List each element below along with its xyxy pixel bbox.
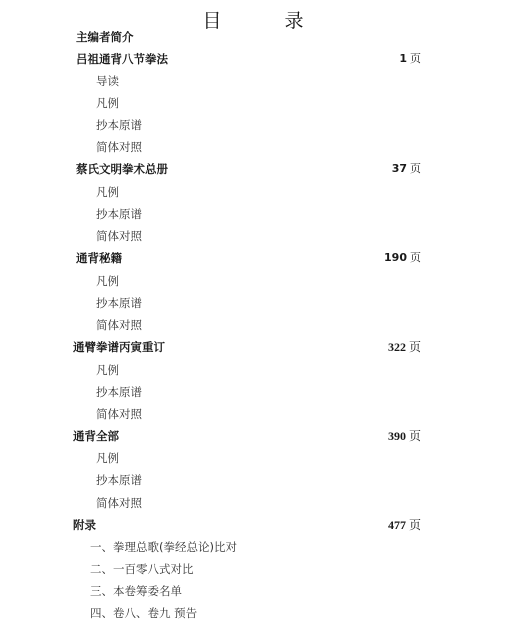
- toc-entry-label: 导读: [96, 71, 119, 91]
- toc-subitem[interactable]: 一、拳理总歌(拳经总论)比对: [0, 537, 506, 557]
- toc-entry-label: 通背全部: [73, 426, 119, 446]
- toc-entry-label: 吕祖通背八节拳法: [76, 49, 168, 69]
- toc-entry-label: 抄本原谱: [96, 115, 142, 135]
- toc-entry-label: 通背秘籍: [76, 248, 122, 268]
- toc-entry-label: 简体对照: [96, 315, 142, 335]
- toc-entry-label: 简体对照: [96, 137, 142, 157]
- toc-subitem[interactable]: 凡例: [0, 271, 506, 291]
- toc-entry-label: 二、一百零八式对比: [90, 559, 194, 579]
- toc-section[interactable]: 附录477页: [0, 515, 506, 535]
- toc-entry-label: 四、卷八、卷九 预告: [90, 603, 197, 623]
- toc-page-number: 390页: [388, 426, 421, 446]
- toc-subitem[interactable]: 四、卷八、卷九 预告: [0, 603, 506, 623]
- toc-entry-label: 一、拳理总歌(拳经总论)比对: [90, 537, 237, 557]
- toc-subitem[interactable]: 凡例: [0, 182, 506, 202]
- toc-entry-label: 凡例: [96, 182, 119, 202]
- toc-subitem[interactable]: 二、一百零八式对比: [0, 559, 506, 579]
- toc-subitem[interactable]: 抄本原谱: [0, 115, 506, 135]
- toc-entry-label: 凡例: [96, 271, 119, 291]
- toc-entry-label: 抄本原谱: [96, 382, 142, 402]
- toc-subitem[interactable]: 简体对照: [0, 404, 506, 424]
- toc-section[interactable]: 通臂拳谱丙寅重订322页: [0, 337, 506, 357]
- toc-entry-label: 主编者简介: [76, 27, 134, 47]
- toc-section[interactable]: 通背全部390页: [0, 426, 506, 446]
- toc-entry-label: 三、本卷筹委名单: [90, 581, 182, 601]
- toc-page-number: 322页: [388, 337, 421, 357]
- toc-page-number: 190页: [384, 248, 421, 268]
- toc-page-number: 37页: [392, 159, 421, 179]
- toc-subitem[interactable]: 抄本原谱: [0, 293, 506, 313]
- toc-subitem[interactable]: 简体对照: [0, 315, 506, 335]
- toc-subitem[interactable]: 凡例: [0, 360, 506, 380]
- toc-entry-label: 凡例: [96, 93, 119, 113]
- toc-subitem[interactable]: 抄本原谱: [0, 382, 506, 402]
- toc-entry-label: 简体对照: [96, 493, 142, 513]
- toc-entry-label: 蔡氏文明拳术总册: [76, 159, 168, 179]
- toc-entry-label: 抄本原谱: [96, 204, 142, 224]
- toc-entry-label: 通臂拳谱丙寅重订: [73, 337, 165, 357]
- toc-entry-label: 抄本原谱: [96, 470, 142, 490]
- toc-subitem[interactable]: 简体对照: [0, 493, 506, 513]
- toc-subitem[interactable]: 三、本卷筹委名单: [0, 581, 506, 601]
- toc-entry-label: 简体对照: [96, 226, 142, 246]
- toc-entry-label: 抄本原谱: [96, 293, 142, 313]
- toc-section[interactable]: 吕祖通背八节拳法1页: [0, 49, 506, 69]
- toc-section[interactable]: 通背秘籍190页: [0, 248, 506, 268]
- toc-section[interactable]: 蔡氏文明拳术总册37页: [0, 159, 506, 179]
- toc-subitem[interactable]: 导读: [0, 71, 506, 91]
- toc-subitem[interactable]: 凡例: [0, 93, 506, 113]
- toc-subitem[interactable]: 凡例: [0, 448, 506, 468]
- toc-entry-label: 附录: [73, 515, 96, 535]
- toc-subitem[interactable]: 抄本原谱: [0, 204, 506, 224]
- toc-entry-label: 凡例: [96, 448, 119, 468]
- toc-page-number: 1页: [399, 49, 421, 69]
- toc-subitem[interactable]: 抄本原谱: [0, 470, 506, 490]
- toc-page-number: 477页: [388, 515, 421, 535]
- toc-section[interactable]: 主编者简介: [0, 27, 506, 47]
- toc-subitem[interactable]: 简体对照: [0, 226, 506, 246]
- toc-entry-label: 凡例: [96, 360, 119, 380]
- toc-entry-label: 简体对照: [96, 404, 142, 424]
- toc-subitem[interactable]: 简体对照: [0, 137, 506, 157]
